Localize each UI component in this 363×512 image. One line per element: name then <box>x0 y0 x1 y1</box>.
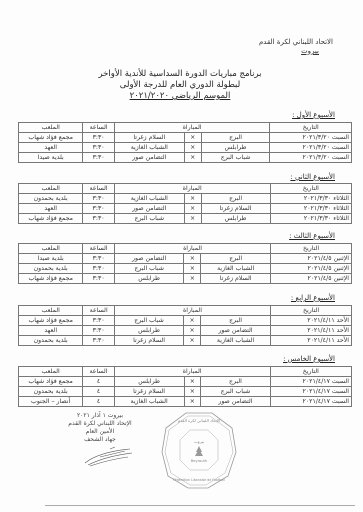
week-1-table: التاريخ المباراة الساعة الملعب السبت ٢٠٢… <box>18 122 352 163</box>
match-time: ٣:٣٠ <box>83 336 115 346</box>
match-time: ٤ <box>83 397 114 407</box>
home-team: التضامن صور <box>200 326 270 336</box>
header-time: الساعة <box>83 306 115 316</box>
match-venue: مجمع فؤاد شهاب <box>19 214 83 224</box>
home-team: السلام زغرتا <box>201 274 271 284</box>
match-venue: مجمع فؤاد شهاب <box>19 316 83 326</box>
official-stamp-icon: بيروت Beyrouth الإتحاد اللبناني لكرة الق… <box>160 410 238 490</box>
match-venue: العهد <box>19 204 83 214</box>
vs-icon: × <box>184 254 201 264</box>
table-row: الإثنين ٢٠٢١/٤/٥ السلام زغرتا × طرابلس ٣… <box>19 274 352 284</box>
home-team: البرج <box>200 316 270 326</box>
header-time: الساعة <box>83 244 114 254</box>
home-team: الشباب الغازية <box>200 336 270 346</box>
away-team: الشباب الغازية <box>114 397 184 407</box>
week-4-table: التاريخ المباراة الساعة الملعب الأحد ٢٠٢… <box>18 305 352 346</box>
header-date: التاريخ <box>271 306 352 316</box>
document-title: برنامج مباريات الدورة السداسية للأندية ا… <box>60 69 300 102</box>
match-date: السبت ٢٠٢١/٤/١٧ <box>270 377 351 387</box>
away-team: شباب البرج <box>114 316 183 326</box>
vs-icon: × <box>184 316 201 326</box>
match-venue: بلدية بحمدون <box>19 194 83 204</box>
week-3-table: التاريخ المباراة الساعة الملعب الإثنين ٢… <box>18 243 352 284</box>
match-date: الإثنين ٢٠٢١/٤/٥ <box>271 254 352 264</box>
away-team: شباب البرج <box>114 214 184 224</box>
match-date: السبت ٢٠٢١/٣/٢٠ <box>270 133 352 143</box>
table-header-row: التاريخ المباراة الساعة الملعب <box>19 244 352 254</box>
match-time: ٣:٣٠ <box>83 326 115 336</box>
table-header-row: التاريخ المباراة الساعة الملعب <box>19 367 352 377</box>
week-5-label: الأسبوع الخامس : <box>283 355 335 363</box>
match-time: ٣:٣٠ <box>83 264 114 274</box>
vs-icon: × <box>184 387 201 397</box>
home-team: البرج <box>201 377 270 387</box>
match-date: السبت ٢٠٢١/٣/٢٠ <box>270 153 352 163</box>
home-team: السلام زغرتا <box>201 204 270 214</box>
page-edge-divider <box>45 505 355 506</box>
away-team: الشباب الغازية <box>114 143 184 153</box>
match-time: ٤ <box>83 377 114 387</box>
header-venue: الملعب <box>19 123 83 133</box>
match-time: ٣:٣٠ <box>83 143 114 153</box>
vs-icon: × <box>184 133 201 143</box>
week-1-label: الأسبوع الأول : <box>292 111 335 119</box>
header-time: الساعة <box>83 367 114 377</box>
match-date: السبت ٢٠٢١/٤/١٧ <box>270 387 351 397</box>
table-header-row: التاريخ المباراة الساعة الملعب <box>19 123 352 133</box>
away-team: شباب البرج <box>114 264 184 274</box>
header-match: المباراة <box>114 244 270 254</box>
home-team: البرج <box>201 133 270 143</box>
week-4-label: الأسبوع الرابع : <box>291 294 335 302</box>
match-date: الثلاثاء ٢٠٢١/٣/٣٠ <box>270 204 351 214</box>
vs-icon: × <box>184 274 201 284</box>
match-time: ٣:٣٠ <box>83 316 115 326</box>
away-team: السلام زغرتا <box>114 133 184 143</box>
table-row: الثلاثاء ٢٠٢١/٣/٣٠ السلام زغرتا × التضام… <box>19 204 352 214</box>
away-team: التضامن صور <box>114 204 184 214</box>
vs-icon: × <box>184 204 201 214</box>
stamp-city-en: Beyrouth <box>191 459 207 463</box>
match-time: ٣:٣٠ <box>83 194 114 204</box>
week-2-table: التاريخ المباراة الساعة الملعب الثلاثاء … <box>18 183 352 224</box>
match-time: ٣:٣٠ <box>83 274 114 284</box>
match-date: الأحد ٢٠٢١/٤/١١ <box>271 326 352 336</box>
title-line-1: برنامج مباريات الدورة السداسية للأندية ا… <box>60 69 300 80</box>
organization-name: الاتحاد اللبناني لكرة القدم <box>259 38 333 46</box>
table-row: السبت ٢٠٢١/٤/١٧ البرج × طرابلس ٤ مجمع فؤ… <box>19 377 352 387</box>
table-row: الثلاثاء ٢٠٢١/٣/٣٠ البرج × الشباب الغازي… <box>19 194 352 204</box>
table-row: الإثنين ٢٠٢١/٤/٥ الشباب الغازية × شباب ا… <box>19 264 352 274</box>
signature-icon <box>80 445 140 467</box>
vs-icon: × <box>184 377 201 387</box>
away-team: طرابلس <box>114 274 184 284</box>
match-time: ٣:٣٠ <box>83 153 114 163</box>
vs-icon: × <box>184 143 201 153</box>
vs-icon: × <box>184 326 201 336</box>
header-date: التاريخ <box>270 367 351 377</box>
match-date: الثلاثاء ٢٠٢١/٣/٣٠ <box>270 214 351 224</box>
table-row: السبت ٢٠٢١/٣/٢٠ البرج × السلام زغرتا ٣:٣… <box>19 133 352 143</box>
match-venue: بلدية صيدا <box>19 254 83 264</box>
season-label: الموسم الرياضي ٢٠٢١/٢٠٢٠ <box>60 91 300 102</box>
header-match: المباراة <box>114 367 270 377</box>
away-team: طرابلس <box>114 326 183 336</box>
match-date: السبت ٢٠٢١/٤/١٧ <box>270 397 351 407</box>
away-team: طرابلس <box>114 377 184 387</box>
week-2-label: الأسبوع الثاني : <box>290 173 335 181</box>
table-row: الأحد ٢٠٢١/٤/١١ الشباب الغازية × السلام … <box>19 336 352 346</box>
table-row: الثلاثاء ٢٠٢١/٣/٣٠ طرابلس × شباب البرج ٣… <box>19 214 352 224</box>
header-date: التاريخ <box>271 244 352 254</box>
vs-icon: × <box>184 336 201 346</box>
stamp-french: Fédération Libanaise de Football <box>173 478 225 482</box>
match-time: ٣:٣٠ <box>83 214 114 224</box>
home-team: البرج <box>201 254 271 264</box>
away-team: السلام زغرتا <box>114 387 184 397</box>
home-team: طرابلس <box>201 143 270 153</box>
home-team: شباب البرج <box>201 153 270 163</box>
vs-icon: × <box>184 153 201 163</box>
table-row: الإثنين ٢٠٢١/٤/٥ البرج × التضامن صور ٣:٣… <box>19 254 352 264</box>
table-row: الأحد ٢٠٢١/٤/١١ التضامن صور × طرابلس ٣:٣… <box>19 326 352 336</box>
away-team: التضامن صور <box>114 153 184 163</box>
header-match: المباراة <box>114 306 270 316</box>
header-match: المباراة <box>114 184 270 194</box>
match-time: ٤ <box>83 387 114 397</box>
home-team: طرابلس <box>201 214 270 224</box>
header-venue: الملعب <box>19 306 83 316</box>
away-team: السلام زغرتا <box>114 336 183 346</box>
signatory-position: الأمين العام <box>60 428 140 436</box>
match-date: الإثنين ٢٠٢١/٤/٥ <box>271 274 352 284</box>
vs-icon: × <box>184 264 201 274</box>
home-team: البرج <box>201 194 270 204</box>
signature-block: بيروت ١ آذار ٢٠٢١ الإتحاد اللبناني لكرة … <box>60 412 140 444</box>
match-time: ٣:٣٠ <box>83 254 114 264</box>
table-header-row: التاريخ المباراة الساعة الملعب <box>19 306 352 316</box>
match-venue: مجمع فؤاد شهاب <box>19 133 83 143</box>
document-page: الاتحاد اللبناني لكرة القدم بيروت برنامج… <box>0 0 363 512</box>
away-team: التضامن صور <box>114 254 184 264</box>
table-header-row: التاريخ المباراة الساعة الملعب <box>19 184 352 194</box>
match-time: ٣:٣٠ <box>83 133 114 143</box>
header-venue: الملعب <box>19 244 83 254</box>
match-time: ٣:٣٠ <box>83 204 114 214</box>
match-venue: العهد <box>19 326 83 336</box>
match-venue: بلدية بحمدون <box>19 387 83 397</box>
table-row: السبت ٢٠٢١/٤/١٧ التضامن صور × الشباب الغ… <box>19 397 352 407</box>
stamp-arabic: الإتحاد اللبناني لكرة القدم <box>178 418 220 424</box>
match-date: الأحد ٢٠٢١/٤/١١ <box>271 336 352 346</box>
table-row: الأحد ٢٠٢١/٤/١١ البرج × شباب البرج ٣:٣٠ … <box>19 316 352 326</box>
match-venue: مجمع فؤاد شهاب <box>19 377 83 387</box>
header-date: التاريخ <box>270 184 351 194</box>
match-venue: بلدية بحمدون <box>19 336 83 346</box>
table-row: السبت ٢٠٢١/٤/١٧ شباب البرج × السلام زغرت… <box>19 387 352 397</box>
header-venue: الملعب <box>19 367 83 377</box>
match-venue: العهد <box>19 143 83 153</box>
header-time: الساعة <box>83 184 114 194</box>
match-venue: أنصار – الجنوب <box>19 397 83 407</box>
home-team: التضامن صور <box>201 397 270 407</box>
table-row: السبت ٢٠٢١/٣/٢٠ طرابلس × الشباب الغازية … <box>19 143 352 153</box>
match-date: السبت ٢٠٢١/٣/٢٠ <box>270 143 352 153</box>
match-venue: بلدية صيدا <box>19 153 83 163</box>
match-date: الإثنين ٢٠٢١/٤/٥ <box>271 264 352 274</box>
vs-icon: × <box>184 397 201 407</box>
header-date: التاريخ <box>270 123 352 133</box>
header-match: المباراة <box>114 123 270 133</box>
match-date: الأحد ٢٠٢١/٤/١١ <box>271 316 352 326</box>
city-name: بيروت <box>259 47 319 56</box>
week-5-table: التاريخ المباراة الساعة الملعب السبت ٢٠٢… <box>18 366 352 407</box>
home-team: شباب البرج <box>201 387 270 397</box>
away-team: الشباب الغازية <box>114 194 184 204</box>
match-venue: مجمع فؤاد شهاب <box>19 274 83 284</box>
title-line-2: لبطولة الدوري العام للدرجة الأولى <box>60 80 300 91</box>
header-time: الساعة <box>83 123 114 133</box>
signatory-name: جهاد الشحف <box>60 436 140 444</box>
letterhead: الاتحاد اللبناني لكرة القدم بيروت <box>259 38 333 56</box>
match-date: الثلاثاء ٢٠٢١/٣/٣٠ <box>270 194 351 204</box>
stamp-city-ar: بيروت <box>194 439 204 444</box>
vs-icon: × <box>184 214 201 224</box>
table-row: السبت ٢٠٢١/٣/٢٠ شباب البرج × التضامن صور… <box>19 153 352 163</box>
match-venue: بلدية بحمدون <box>19 264 83 274</box>
vs-icon: × <box>184 194 201 204</box>
home-team: الشباب الغازية <box>201 264 271 274</box>
header-venue: الملعب <box>19 184 83 194</box>
place-date: بيروت ١ آذار ٢٠٢١ <box>60 412 140 420</box>
footer-organization: الإتحاد اللبناني لكرة القدم <box>60 420 140 428</box>
week-3-label: الأسبوع الثالث : <box>289 232 335 240</box>
